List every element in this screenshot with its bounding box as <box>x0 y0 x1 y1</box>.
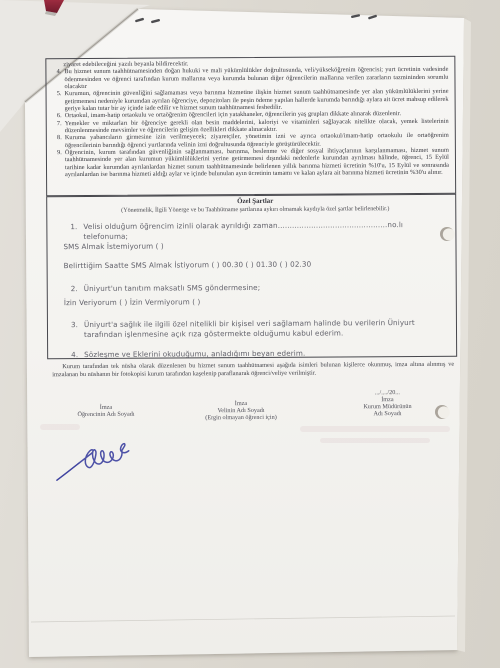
sms-time-checkbox-line: Belirttiğim Saatte SMS Almak İstiyorum (… <box>64 259 448 271</box>
consent-checkbox-line: İzin Veriyorum ( ) İzin Vermiyorum ( ) <box>64 296 448 308</box>
special-term-4: 4. Sözleşme ve Eklerini okuduğumu, anlad… <box>71 348 448 359</box>
scanned-document-photo: ziyaret edebileceğini yazılı beyanla bil… <box>0 0 500 668</box>
clause-number: 7. <box>52 120 65 135</box>
clause-text: Öğrencinin, kurum tarafından güvenliğini… <box>65 147 449 179</box>
item-number: 4. <box>71 350 84 359</box>
document-content: ziyaret edebileceğini yazılı beyanla bil… <box>0 0 500 668</box>
handwritten-signature-ink <box>39 433 159 492</box>
closing-paragraph: Kurum tarafından tek nüsha olarak düzenl… <box>52 361 454 379</box>
clause-5: 5. Kurumun, öğrencinin güvenliğini sağla… <box>52 88 449 112</box>
clauses-box: ziyaret edebileceğini yazılı beyanla bil… <box>45 56 456 197</box>
guardian-signature-block: İmza Velinin Adı Soyadı (Ergin olmayan ö… <box>183 401 298 422</box>
item-text: Üniyurt'a sağlık ile ilgili özel nitelik… <box>84 318 448 340</box>
item-text: Velisi olduğum öğrencim izinli olarak ay… <box>83 220 447 242</box>
special-term-2: 2. Üniyurt'un tanıtım maksatlı SMS gönde… <box>71 282 448 294</box>
special-terms-subtitle: (Yönetmelik, İlgili Yönerge ve bu Taahhü… <box>63 205 447 215</box>
director-name-label: Adı Soyadı <box>343 411 431 418</box>
item-number: 2. <box>71 284 84 294</box>
clause-text: Bu hizmet sunum taahhütnamesinden doğan … <box>64 66 448 90</box>
item-text: Üniyurt'un tanıtım maksatlı SMS gönderme… <box>84 282 448 294</box>
student-name-label: Öğrencinin Adı Soyadı <box>58 411 153 418</box>
sms-optout-checkbox-line: SMS Almak İstemiyorum ( ) <box>63 240 447 252</box>
director-signature-block: .../..../20... İmza Kurum Müdürünün Adı … <box>343 390 431 418</box>
clause-number: 5. <box>52 91 65 113</box>
clause-9: 9. Öğrencinin, kurum tarafından güvenliğ… <box>52 147 449 179</box>
item-text: Sözleşme ve Eklerini okuduğumu, anladığı… <box>84 348 448 359</box>
student-signature-block: İmza Öğrencinin Adı Soyadı <box>58 405 153 419</box>
clause-text: Kurumun, öğrencinin güvenliğini sağlamam… <box>65 88 449 112</box>
clause-number: 4. <box>51 68 64 90</box>
clause-4: 4. Bu hizmet sunum taahhütnamesinden doğ… <box>51 66 448 90</box>
clause-number: 8. <box>52 135 65 150</box>
special-term-3: 3. Üniyurt'a sağlık ile ilgili özel nite… <box>71 318 448 340</box>
special-terms-box: Özel Şartlar (Yönetmelik, İlgili Yönerge… <box>46 194 457 360</box>
clause-number: 9. <box>52 149 65 178</box>
clause-number: 6. <box>52 113 65 120</box>
guardian-note-label: (Ergin olmayan öğrenci için) <box>184 415 299 423</box>
item-number: 1. <box>70 222 83 242</box>
item-number: 3. <box>71 320 84 340</box>
special-term-1: 1. Velisi olduğum öğrencim izinli olarak… <box>70 220 447 242</box>
